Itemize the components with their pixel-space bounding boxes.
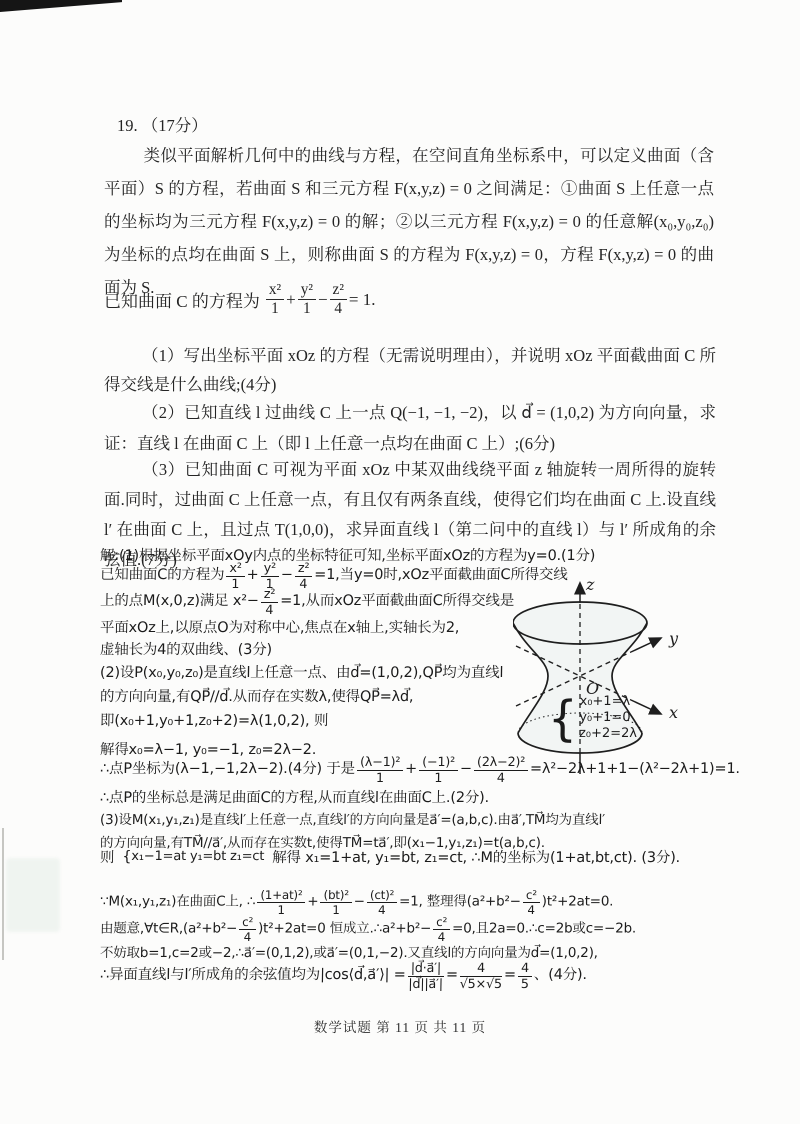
scan-artifact-edge-line bbox=[2, 828, 4, 960]
system2-row1: x₁−1=at bbox=[131, 849, 186, 864]
equation-system-2: { x₁−1=at y₁=bt z₁=ct bbox=[122, 849, 264, 865]
brace-icon: { bbox=[548, 694, 578, 742]
system1-row3: z₀+2=2λ bbox=[579, 726, 637, 742]
line14-suffix: 解得 x₁=1+at, y₁=bt, z₁=ct, ∴M的坐标为(1+at,bt… bbox=[272, 846, 680, 867]
problem-intro-paragraph: 类似平面解析几何中的曲线与方程，在空间直角坐标系中，可以定义曲面（含平面）S 的… bbox=[104, 139, 714, 304]
system2-row2: y₁=bt bbox=[190, 849, 226, 864]
solution-line-14: 则 { x₁−1=at y₁=bt z₁=ct 解得 x₁=1+at, y₁=b… bbox=[100, 846, 680, 867]
solution-line-3: 上的点M(x,0,z)满足 x²−z²4=1,从而xOz平面截曲面C所得交线是 bbox=[100, 588, 515, 618]
solution-line-18: ∴异面直线l与l′所成角的余弦值均为|cos⟨d⃗,a⃗′⟩| =|d⃗·a⃗′… bbox=[100, 962, 587, 992]
system1-row2: y₀+1=0 bbox=[579, 710, 637, 726]
solution-line-10: ∴点P坐标为(λ−1,−1,2λ−2).(4分) 于是(λ−1)²1+(−1)²… bbox=[100, 756, 740, 786]
solution-line-4: 平面xOz上,以原点O为对称中心,焦点在x轴上,实轴长为2, bbox=[100, 616, 460, 637]
z-axis-label: z bbox=[585, 576, 595, 594]
brace-icon: { bbox=[122, 849, 131, 865]
system2-row3: z₁=ct bbox=[230, 849, 264, 864]
x-axis-label: x bbox=[669, 703, 678, 722]
y-axis-label: y bbox=[668, 629, 679, 648]
solution-line-16: 由题意,∀t∈R,(a²+b²−c²4)t²+2at=0 恒成立.∴a²+b²−… bbox=[100, 916, 637, 944]
line14-prefix: 则 bbox=[100, 846, 115, 867]
solution-line-12: (3)设M(x₁,y₁,z₁)是直线l′上任意一点,直线l′的方向向量是a⃗′=… bbox=[100, 808, 605, 828]
system1-row1: x₀+1=λ bbox=[579, 694, 637, 710]
solution-line-11: ∴点P的坐标总是满足曲面C的方程,从而直线l在曲面C上.(2分). bbox=[100, 786, 489, 807]
solution-line-17: 不妨取b=1,c=2或−2,∴a⃗′=(0,1,2),或a⃗′=(0,1,−2)… bbox=[100, 941, 598, 961]
equation-prefix: 已知曲面 C 的方程为 bbox=[104, 287, 260, 312]
scan-artifact-corner bbox=[0, 0, 122, 12]
solution-line-15: ∵M(x₁,y₁,z₁)在曲面C上, ∴(1+at)²1+(bt)²1−(ct)… bbox=[100, 889, 614, 917]
scan-artifact-smudge bbox=[6, 858, 60, 932]
page-footer: 数学试题 第 11 页 共 11 页 bbox=[0, 1016, 800, 1036]
question-number: 19. （17分） bbox=[117, 112, 208, 136]
hyperboloid-figure: z y x O bbox=[513, 576, 725, 778]
part-2: （2）已知直线 l 过曲线 C 上一点 Q(−1, −1, −2)，以 d⃗ =… bbox=[104, 397, 716, 459]
solution-line-7: 的方向向量,有QP⃗//d⃗.从而存在实数λ,使得QP⃗=λd⃗, bbox=[100, 685, 414, 706]
equation-system-1: { x₀+1=λ y₀+1=0 z₀+2=2λ bbox=[548, 694, 638, 742]
solution-line-8: 即(x₀+1,y₀+1,z₀+2)=λ(1,0,2), 则 bbox=[100, 709, 329, 730]
solution-line-5: 虚轴长为4的双曲线、(3分) bbox=[100, 638, 272, 659]
equation-fractions: x²1 + y²1 − z²4 = 1. bbox=[264, 282, 376, 317]
surface-equation: 已知曲面 C 的方程为 x²1 + y²1 − z²4 = 1. bbox=[104, 282, 376, 317]
exam-scan-page: 19. （17分） 类似平面解析几何中的曲线与方程，在空间直角坐标系中，可以定义… bbox=[0, 0, 800, 1124]
part-1: （1）写出坐标平面 xOz 的方程（无需说明理由），并说明 xOz 平面截曲面 … bbox=[104, 341, 716, 399]
solution-line-6: (2)设P(x₀,y₀,z₀)是直线l上任意一点、由d⃗=(1,0,2),QP⃗… bbox=[100, 661, 504, 682]
